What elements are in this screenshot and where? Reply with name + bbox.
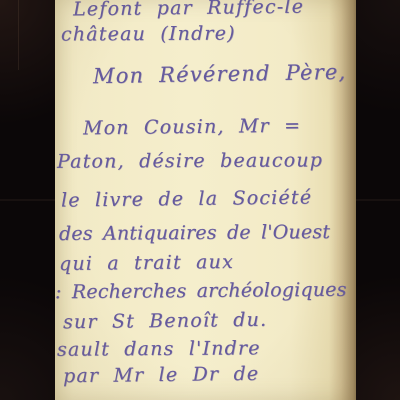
letter-page: Lefont par Ruffec-le château (Indre) Mon…	[55, 0, 356, 400]
address-line-2: château (Indre)	[61, 23, 236, 46]
body-line: le livre de la Société	[61, 186, 312, 211]
body-line: Paton, désire beaucoup	[57, 149, 323, 172]
body-line: qui a trait aux	[59, 251, 234, 275]
backdrop-crease-vertical	[18, 0, 19, 70]
body-line: Mon Cousin, Mr =	[83, 115, 301, 140]
body-line: sur St Benoît du.	[63, 309, 268, 333]
body-line: sault dans l'Indre	[57, 337, 261, 360]
body-line: des Antiquaires de l'Ouest	[59, 221, 330, 245]
address-line-1: Lefont par Ruffec-le	[73, 0, 304, 20]
body-line: : Recherches archéologiques	[55, 279, 347, 304]
body-line: par Mr le Dr de	[63, 363, 260, 387]
letter-photograph: Lefont par Ruffec-le château (Indre) Mon…	[0, 0, 400, 400]
salutation-line: Mon Révérend Père,	[93, 60, 347, 88]
